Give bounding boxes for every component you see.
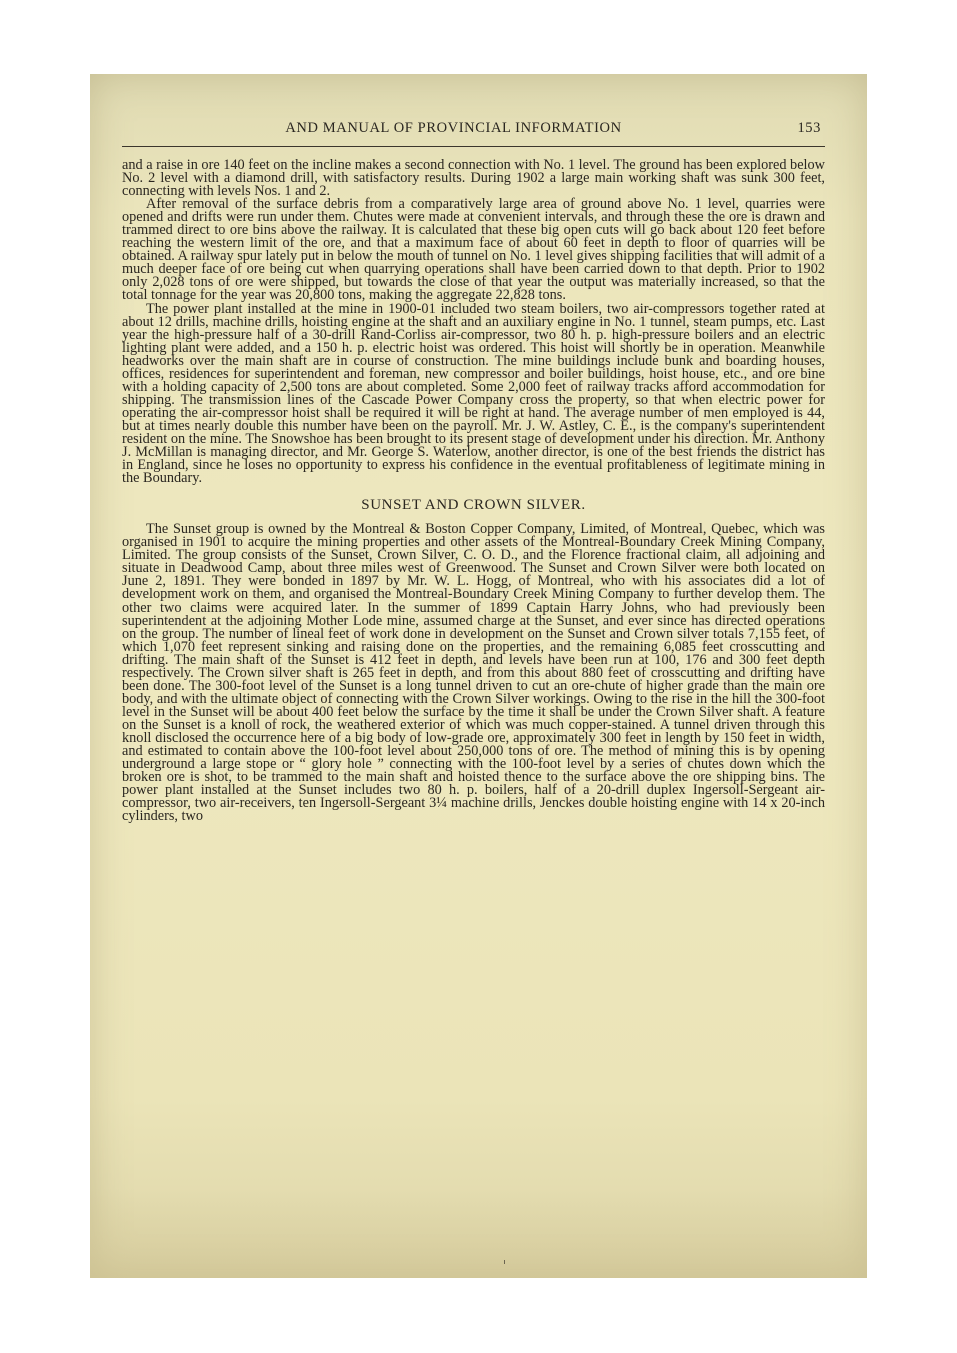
section-heading: SUNSET AND CROWN SILVER. (122, 499, 825, 512)
scanned-page: AND MANUAL OF PROVINCIAL INFORMATION 153… (90, 74, 867, 1278)
paragraph: The power plant installed at the mine in… (122, 303, 825, 486)
page-number: 153 (797, 120, 821, 137)
paragraph: The Sunset group is owned by the Montrea… (122, 523, 825, 823)
paragraph: After removal of the surface debris from… (122, 198, 825, 302)
running-title: AND MANUAL OF PROVINCIAL INFORMATION (122, 120, 825, 137)
page-content: AND MANUAL OF PROVINCIAL INFORMATION 153… (122, 120, 825, 823)
running-header: AND MANUAL OF PROVINCIAL INFORMATION 153 (122, 120, 825, 140)
header-rule (122, 146, 825, 147)
printer-mark (504, 1260, 505, 1264)
paragraph: and a raise in ore 140 feet on the incli… (122, 159, 825, 198)
body-text: and a raise in ore 140 feet on the incli… (122, 159, 825, 823)
